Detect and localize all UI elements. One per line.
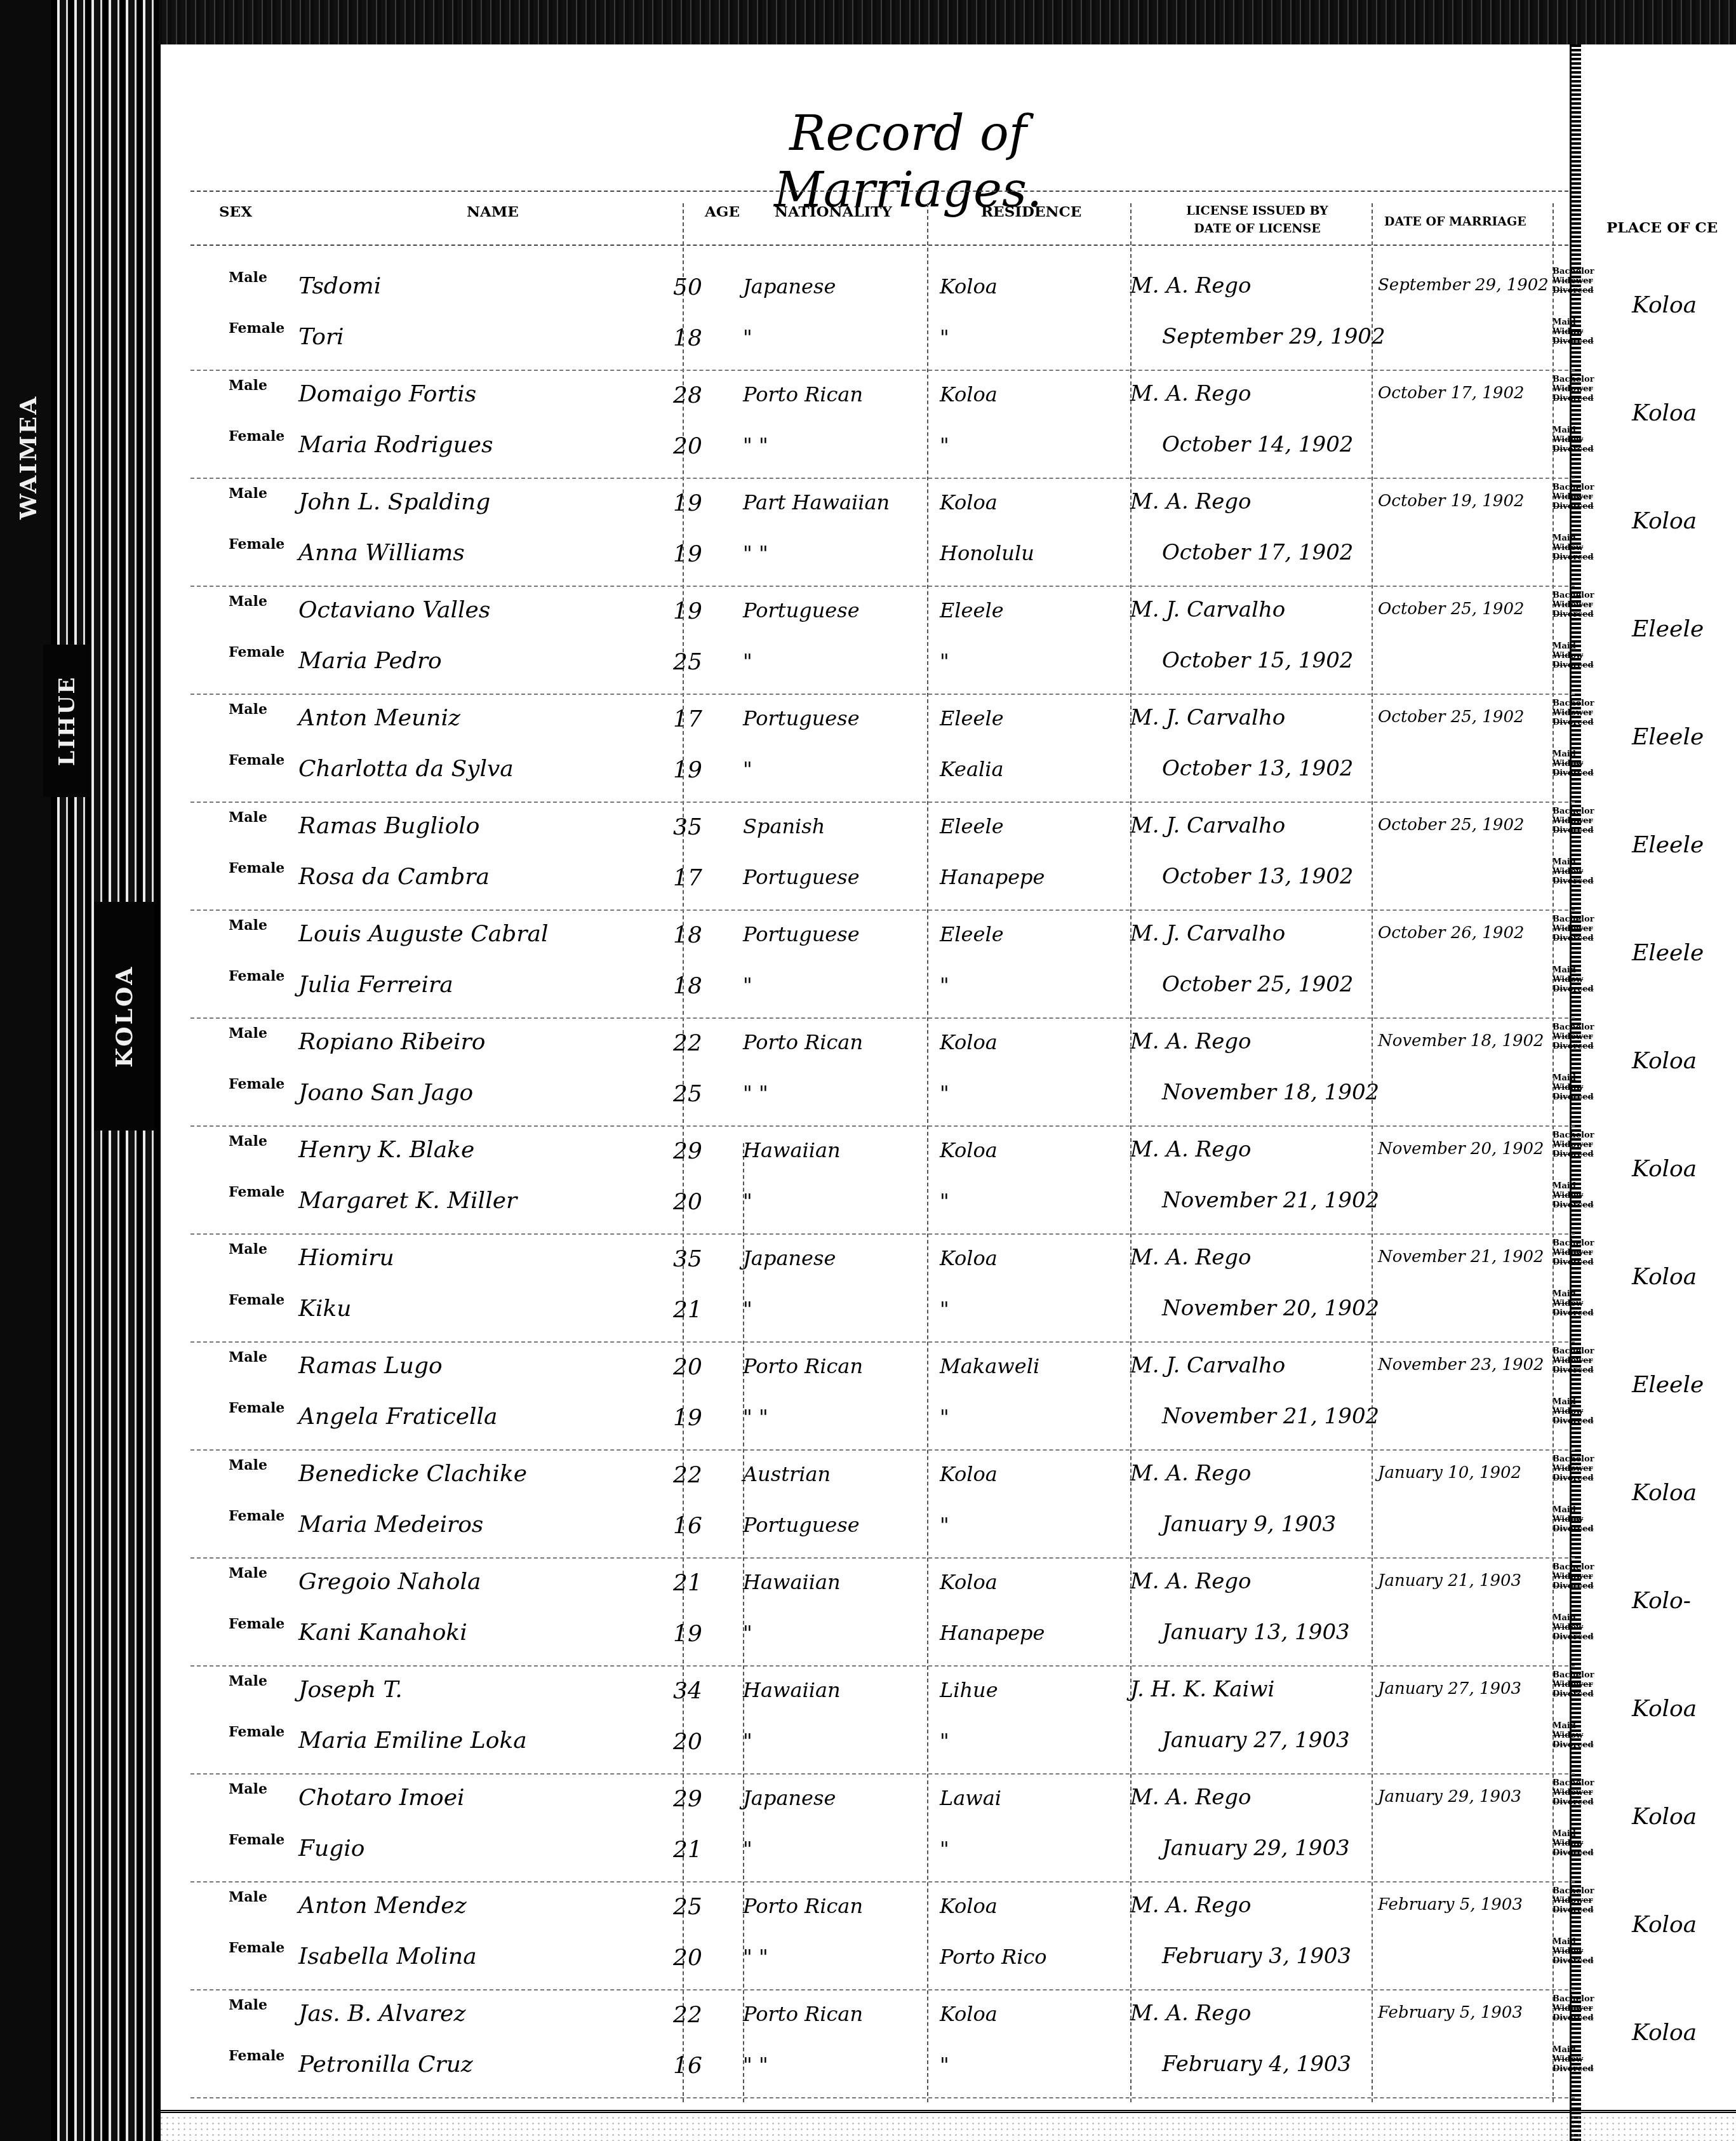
person-name: Jas. B. Alvarez — [298, 2001, 465, 2027]
nationality: " " — [743, 2053, 768, 2077]
age: 25 — [673, 1081, 702, 1107]
license-issued-by: M. J. Carvalho — [1130, 1353, 1285, 1378]
nationality: " — [743, 1729, 752, 1753]
nationality: " — [743, 1621, 752, 1645]
sex: Female — [229, 1184, 284, 1200]
status-option: Bachelor — [1552, 1346, 1593, 1356]
status-option: Widow — [1552, 2055, 1593, 2064]
age: 29 — [673, 1138, 702, 1164]
status-option: Maid — [1552, 1505, 1593, 1515]
person-name: Tsdomi — [298, 273, 381, 299]
status-option: Divorced — [1552, 876, 1593, 886]
status-option: Widow — [1552, 651, 1593, 661]
status-option: Bachelor — [1552, 699, 1593, 708]
license-date: January 27, 1903 — [1162, 1728, 1350, 1753]
status-option: Widow — [1552, 975, 1593, 984]
sex: Male — [229, 1565, 267, 1581]
license-issued-by: M. A. Rego — [1130, 381, 1252, 406]
record-row-bride: FemaleMaria Emiline Loka20""January 27, … — [190, 1721, 1575, 1778]
status-option: Divorced — [1552, 2064, 1593, 2074]
nationality: Portuguese — [743, 706, 860, 730]
residence: Porto Rico — [940, 1945, 1047, 1969]
license-date: October 13, 1902 — [1162, 864, 1353, 889]
status-option: Widow — [1552, 327, 1593, 337]
record-row-bride: FemaleMaria Rodrigues20" ""October 14, 1… — [190, 426, 1575, 483]
residence: Koloa — [940, 2002, 998, 2026]
record-separator — [190, 2097, 1575, 2098]
status-option: Widower — [1552, 1788, 1593, 1797]
status-option: Maid — [1552, 1073, 1593, 1083]
bride-status-box: MaidWidowDivorced — [1552, 1073, 1593, 1102]
bride-status-box: MaidWidowDivorced — [1552, 641, 1593, 670]
person-name: Anton Mendez — [298, 1893, 467, 1919]
status-option: Widow — [1552, 867, 1593, 876]
status-option: Maid — [1552, 857, 1593, 867]
marriage-date: November 20, 1902 — [1378, 1139, 1544, 1158]
groom-status-box: BachelorWidowerDivorced — [1552, 1238, 1593, 1267]
person-name: Octaviano Valles — [298, 597, 490, 623]
status-option: Maid — [1552, 426, 1593, 435]
residence: Koloa — [940, 1246, 998, 1270]
status-option: Divorced — [1552, 1092, 1593, 1102]
status-option: Bachelor — [1552, 1778, 1593, 1788]
record-row-groom: MaleJoseph T.34HawaiianLihueJ. H. K. Kai… — [190, 1670, 1575, 1728]
person-name: Joano San Jago — [298, 1080, 473, 1106]
record-row-groom: MaleGregoio Nahola21HawaiianKoloaM. A. R… — [190, 1562, 1575, 1620]
place-of-ceremony: Eleele — [1632, 940, 1704, 966]
sex: Male — [229, 1997, 267, 2013]
status-option: Divorced — [1552, 1956, 1593, 1966]
status-option: Widow — [1552, 435, 1593, 445]
status-option: Divorced — [1552, 1366, 1593, 1375]
record-separator — [190, 1233, 1575, 1235]
record-row-groom: MaleJohn L. Spalding19Part HawaiianKoloa… — [190, 483, 1575, 540]
status-option: Maid — [1552, 1721, 1593, 1731]
sex: Male — [229, 701, 267, 718]
sex: Male — [229, 1673, 267, 1689]
record-row-bride: FemaleIsabella Molina20" "Porto RicoFebr… — [190, 1937, 1575, 1994]
nationality: Portuguese — [743, 598, 860, 622]
place-of-ceremony: Eleele — [1632, 724, 1704, 750]
sex: Male — [229, 269, 267, 286]
status-option: Divorced — [1552, 1848, 1593, 1858]
status-option: Divorced — [1552, 445, 1593, 454]
status-option: Divorced — [1552, 502, 1593, 511]
book-spine: WAIMEA LIHUE KOLOA — [0, 0, 159, 2141]
bride-status-box: MaidWidowDivorced — [1552, 1829, 1593, 1858]
sex: Female — [229, 752, 284, 768]
residence: Koloa — [940, 1138, 998, 1162]
marriage-date: October 17, 1902 — [1378, 384, 1524, 403]
license-date: September 29, 1902 — [1162, 324, 1385, 349]
age: 21 — [673, 1297, 702, 1323]
license-issued-by: M. A. Rego — [1130, 273, 1252, 299]
residence: " — [940, 1729, 949, 1753]
status-option: Bachelor — [1552, 1238, 1593, 1248]
status-option: Bachelor — [1552, 375, 1593, 384]
person-name: Henry K. Blake — [298, 1137, 474, 1163]
record-row-bride: FemaleJulia Ferreira18""October 25, 1902… — [190, 965, 1575, 1023]
status-option: Bachelor — [1552, 1454, 1593, 1464]
status-option: Widower — [1552, 1572, 1593, 1581]
header-bottom-rule — [190, 245, 1568, 246]
residence: Koloa — [940, 490, 998, 514]
record-row-bride: FemaleFugio21""January 29, 1903MaidWidow… — [190, 1829, 1575, 1886]
record-row-groom: MaleRamas Bugliolo35SpanishEleeleM. J. C… — [190, 807, 1575, 864]
record-separator — [190, 1881, 1575, 1883]
age: 22 — [673, 2002, 702, 2028]
age: 21 — [673, 1570, 702, 1596]
sex: Male — [229, 485, 267, 502]
residence: Eleele — [940, 598, 1004, 622]
status-option: Widow — [1552, 759, 1593, 768]
record-row-bride: FemaleMaria Pedro25""October 15, 1902Mai… — [190, 641, 1575, 699]
record-separator — [190, 1989, 1575, 1990]
residence: Koloa — [940, 1894, 998, 1918]
groom-status-box: BachelorWidowerDivorced — [1552, 915, 1593, 943]
residence: Honolulu — [940, 541, 1034, 565]
residence: " — [940, 325, 949, 349]
record-separator — [190, 694, 1575, 695]
sex: Female — [229, 2048, 284, 2064]
person-name: Ramas Lugo — [298, 1353, 443, 1379]
record-separator — [190, 909, 1575, 911]
header-name: NAME — [467, 203, 519, 220]
age: 20 — [673, 1945, 702, 1971]
groom-status-box: BachelorWidowerDivorced — [1552, 1994, 1593, 2023]
person-name: Fugio — [298, 1836, 364, 1862]
age: 19 — [673, 490, 702, 516]
sex: Male — [229, 1025, 267, 1042]
status-option: Maid — [1552, 1181, 1593, 1191]
age: 35 — [673, 1246, 702, 1272]
record-row-groom: MaleJas. B. Alvarez22Porto RicanKoloaM. … — [190, 1994, 1575, 2051]
header-license-issued: License Issued by — [1181, 202, 1333, 220]
age: 18 — [673, 325, 702, 351]
residence: " — [940, 973, 949, 997]
book-edge — [0, 0, 1736, 51]
person-name: Charlotta da Sylva — [298, 756, 514, 782]
record-row-groom: MaleBenedicke Clachike22AustrianKoloaM. … — [190, 1454, 1575, 1512]
status-option: Widower — [1552, 708, 1593, 718]
person-name: Gregoio Nahola — [298, 1569, 481, 1595]
bride-status-box: MaidWidowDivorced — [1552, 1289, 1593, 1318]
nationality: " " — [743, 1945, 768, 1969]
nationality: Portuguese — [743, 1513, 860, 1537]
age: 34 — [673, 1678, 702, 1704]
sex: Female — [229, 1616, 284, 1632]
nationality: Porto Rican — [743, 1354, 863, 1378]
person-name: Kiku — [298, 1296, 351, 1322]
bride-status-box: MaidWidowDivorced — [1552, 965, 1593, 994]
sex: Male — [229, 809, 267, 826]
record-row-groom: MaleAnton Mendez25Porto RicanKoloaM. A. … — [190, 1886, 1575, 1943]
license-date: November 21, 1902 — [1162, 1188, 1379, 1213]
bride-status-box: MaidWidowDivorced — [1552, 426, 1593, 454]
tab-koloa[interactable]: KOLOA — [94, 902, 154, 1131]
status-option: Divorced — [1552, 1308, 1593, 1318]
page-title: Record of Marriages. — [686, 105, 1130, 218]
status-option: Widower — [1552, 384, 1593, 394]
age: 21 — [673, 1837, 702, 1863]
status-option: Bachelor — [1552, 267, 1593, 276]
nationality: Japanese — [743, 274, 836, 299]
status-option: Divorced — [1552, 2013, 1593, 2023]
tab-waimea[interactable]: WAIMEA — [6, 394, 51, 521]
status-option: Divorced — [1552, 934, 1593, 943]
place-of-ceremony: Eleele — [1632, 1372, 1704, 1398]
license-issued-by: M. A. Rego — [1130, 1461, 1252, 1486]
person-name: Louis Auguste Cabral — [298, 921, 549, 947]
residence: Eleele — [940, 814, 1004, 838]
status-option: Bachelor — [1552, 1670, 1593, 1680]
age: 28 — [673, 382, 702, 408]
status-option: Widow — [1552, 1839, 1593, 1848]
status-option: Bachelor — [1552, 483, 1593, 492]
record-row-groom: MaleOctaviano Valles19PortugueseEleeleM.… — [190, 591, 1575, 648]
record-row-bride: FemaleKiku21""November 20, 1902MaidWidow… — [190, 1289, 1575, 1346]
license-issued-by: M. J. Carvalho — [1130, 813, 1285, 838]
age: 16 — [673, 2053, 702, 2079]
place-of-ceremony: Koloa — [1632, 2020, 1697, 2046]
nationality: Hawaiian — [743, 1138, 841, 1162]
status-option: Maid — [1552, 2045, 1593, 2055]
nationality: Porto Rican — [743, 382, 863, 406]
status-option: Divorced — [1552, 337, 1593, 346]
place-of-ceremony: Koloa — [1632, 1696, 1697, 1722]
record-separator — [190, 478, 1575, 479]
status-option: Widow — [1552, 1407, 1593, 1416]
status-option: Widower — [1552, 924, 1593, 934]
nationality: Spanish — [743, 814, 825, 838]
record-row-bride: FemaleAnna Williams19" "HonoluluOctober … — [190, 534, 1575, 591]
status-option: Widower — [1552, 1140, 1593, 1150]
place-of-ceremony: Eleele — [1632, 832, 1704, 858]
status-option: Widower — [1552, 1680, 1593, 1689]
status-option: Widower — [1552, 2004, 1593, 2013]
marriage-date: November 23, 1902 — [1378, 1355, 1544, 1374]
person-name: Maria Pedro — [298, 648, 442, 674]
person-name: Isabella Molina — [298, 1943, 477, 1970]
person-name: Maria Emiline Loka — [298, 1728, 527, 1754]
person-name: Julia Ferreira — [298, 972, 453, 998]
license-date: February 4, 1903 — [1162, 2051, 1351, 2077]
status-option: Maid — [1552, 965, 1593, 975]
age: 19 — [673, 598, 702, 624]
residence: " — [940, 1405, 949, 1429]
nationality: Japanese — [743, 1246, 836, 1270]
header-license: License Issued by Date of License — [1181, 202, 1333, 238]
license-date: October 15, 1902 — [1162, 648, 1353, 673]
nationality: Hawaiian — [743, 1570, 841, 1594]
sex: Male — [229, 917, 267, 934]
status-option: Widower — [1552, 816, 1593, 826]
age: 22 — [673, 1030, 702, 1056]
bride-status-box: MaidWidowDivorced — [1552, 857, 1593, 886]
age: 20 — [673, 433, 702, 459]
license-date: February 3, 1903 — [1162, 1943, 1351, 1969]
sex: Male — [229, 1241, 267, 1258]
person-name: Margaret K. Miller — [298, 1188, 517, 1214]
record-row-bride: FemaleMaria Medeiros16Portuguese"January… — [190, 1505, 1575, 1562]
person-name: Anna Williams — [298, 540, 465, 566]
marriage-date: October 25, 1902 — [1378, 600, 1524, 619]
marriage-date: September 29, 1902 — [1378, 276, 1549, 295]
record-row-groom: MaleTsdomi50JapaneseKoloaM. A. RegoSepte… — [190, 267, 1575, 324]
bride-status-box: MaidWidowDivorced — [1552, 1721, 1593, 1750]
residence: " — [940, 1837, 949, 1861]
groom-status-box: BachelorWidowerDivorced — [1552, 1346, 1593, 1375]
place-of-ceremony: Koloa — [1632, 1156, 1697, 1182]
record-row-groom: MaleAnton Meuniz17PortugueseEleeleM. J. … — [190, 699, 1575, 756]
header-license-date: Date of License — [1181, 220, 1333, 238]
status-option: Bachelor — [1552, 807, 1593, 816]
residence: Makaweli — [940, 1354, 1039, 1378]
age: 25 — [673, 1894, 702, 1920]
record-separator — [190, 1017, 1575, 1019]
nationality: " " — [743, 541, 768, 565]
status-option: Widower — [1552, 1896, 1593, 1905]
nationality: Portuguese — [743, 865, 860, 889]
bride-status-box: MaidWidowDivorced — [1552, 1613, 1593, 1642]
license-issued-by: M. A. Rego — [1130, 1245, 1252, 1270]
status-option: Divorced — [1552, 1740, 1593, 1750]
status-option: Divorced — [1552, 1797, 1593, 1807]
status-option: Divorced — [1552, 984, 1593, 994]
status-option: Bachelor — [1552, 1131, 1593, 1140]
status-option: Widower — [1552, 1032, 1593, 1042]
status-option: Divorced — [1552, 1581, 1593, 1591]
status-option: Divorced — [1552, 1258, 1593, 1267]
bride-status-box: MaidWidowDivorced — [1552, 534, 1593, 562]
status-option: Widow — [1552, 543, 1593, 553]
sex: Female — [229, 644, 284, 661]
place-of-ceremony: Koloa — [1632, 508, 1697, 534]
bride-status-box: MaidWidowDivorced — [1552, 1397, 1593, 1426]
residence: Kealia — [940, 757, 1004, 781]
place-of-ceremony: Koloa — [1632, 1048, 1697, 1074]
sex: Male — [229, 1457, 267, 1473]
status-option: Maid — [1552, 1289, 1593, 1299]
groom-status-box: BachelorWidowerDivorced — [1552, 375, 1593, 403]
tab-lihue[interactable]: LIHUE — [43, 645, 91, 797]
license-date: October 25, 1902 — [1162, 972, 1353, 997]
status-option: Divorced — [1552, 394, 1593, 403]
age: 16 — [673, 1513, 702, 1539]
groom-status-box: BachelorWidowerDivorced — [1552, 1562, 1593, 1591]
place-of-ceremony: Koloa — [1632, 292, 1697, 318]
status-option: Bachelor — [1552, 1994, 1593, 2004]
record-separator — [190, 586, 1575, 587]
marriage-date: November 21, 1902 — [1378, 1247, 1544, 1266]
status-option: Widower — [1552, 1248, 1593, 1258]
status-option: Maid — [1552, 318, 1593, 327]
residence: Hanapepe — [940, 1621, 1045, 1645]
license-issued-by: J. H. K. Kaiwi — [1130, 1677, 1274, 1702]
place-of-ceremony: Eleele — [1632, 616, 1704, 642]
nationality: " — [743, 1297, 752, 1321]
header-nationality: NATIONALITY — [775, 203, 892, 220]
license-date: October 17, 1902 — [1162, 540, 1353, 565]
license-date: January 13, 1903 — [1162, 1620, 1350, 1645]
bride-status-box: MaidWidowDivorced — [1552, 318, 1593, 346]
status-option: Divorced — [1552, 553, 1593, 562]
status-option: Bachelor — [1552, 1886, 1593, 1896]
record-separator — [190, 1665, 1575, 1667]
person-name: Angela Fraticella — [298, 1404, 498, 1430]
status-option: Widower — [1552, 600, 1593, 610]
residence: Koloa — [940, 1570, 998, 1594]
nationality: Porto Rican — [743, 1030, 863, 1054]
person-name: Hiomiru — [298, 1245, 394, 1271]
nationality: " — [743, 1837, 752, 1861]
bride-status-box: MaidWidowDivorced — [1552, 1505, 1593, 1534]
person-name: Ropiano Ribeiro — [298, 1029, 485, 1055]
nationality: Part Hawaiian — [743, 490, 890, 514]
license-date: October 13, 1902 — [1162, 756, 1353, 781]
status-option: Divorced — [1552, 826, 1593, 835]
nationality: " — [743, 757, 752, 781]
nationality: " " — [743, 433, 768, 457]
record-row-groom: MaleDomaigo Fortis28Porto RicanKoloaM. A… — [190, 375, 1575, 432]
sex: Male — [229, 377, 267, 394]
age: 19 — [673, 1621, 702, 1647]
person-name: John L. Spalding — [298, 489, 490, 515]
person-name: Tori — [298, 324, 344, 350]
status-option: Maid — [1552, 534, 1593, 543]
status-option: Widower — [1552, 1464, 1593, 1473]
status-option: Divorced — [1552, 286, 1593, 295]
nationality: Portuguese — [743, 922, 860, 946]
groom-status-box: BachelorWidowerDivorced — [1552, 1023, 1593, 1051]
marriage-date: October 19, 1902 — [1378, 492, 1524, 511]
person-name: Chotaro Imoei — [298, 1785, 465, 1811]
status-option: Maid — [1552, 1397, 1593, 1407]
header-date-of-marriage: Date of Marriage — [1384, 213, 1526, 231]
groom-status-box: BachelorWidowerDivorced — [1552, 267, 1593, 295]
license-date: January 9, 1903 — [1162, 1512, 1336, 1537]
sex: Female — [229, 1724, 284, 1740]
status-option: Bachelor — [1552, 1562, 1593, 1572]
status-option: Divorced — [1552, 1416, 1593, 1426]
status-option: Maid — [1552, 641, 1593, 651]
status-option: Bachelor — [1552, 915, 1593, 924]
person-name: Maria Rodrigues — [298, 432, 493, 458]
status-option: Divorced — [1552, 768, 1593, 778]
residence: " — [940, 649, 949, 673]
record-row-groom: MaleLouis Auguste Cabral18PortugueseElee… — [190, 915, 1575, 972]
person-name: Rosa da Cambra — [298, 864, 490, 890]
status-option: Divorced — [1552, 1632, 1593, 1642]
person-name: Joseph T. — [298, 1677, 403, 1703]
nationality: " — [743, 649, 752, 673]
person-name: Maria Medeiros — [298, 1512, 483, 1538]
age: 50 — [673, 274, 702, 300]
sex: Female — [229, 1832, 284, 1848]
place-of-ceremony: Koloa — [1632, 1480, 1697, 1506]
groom-status-box: BachelorWidowerDivorced — [1552, 483, 1593, 511]
sex: Male — [229, 1133, 267, 1150]
record-row-groom: MaleRamas Lugo20Porto RicanMakaweliM. J.… — [190, 1346, 1575, 1404]
status-option: Bachelor — [1552, 1023, 1593, 1032]
residence: Koloa — [940, 1030, 998, 1054]
record-separator — [190, 1449, 1575, 1451]
person-name: Anton Meuniz — [298, 705, 460, 731]
status-option: Maid — [1552, 749, 1593, 759]
marriage-date: October 25, 1902 — [1378, 815, 1524, 835]
scan-noise — [159, 2115, 1736, 2141]
license-issued-by: M. A. Rego — [1130, 1029, 1252, 1054]
